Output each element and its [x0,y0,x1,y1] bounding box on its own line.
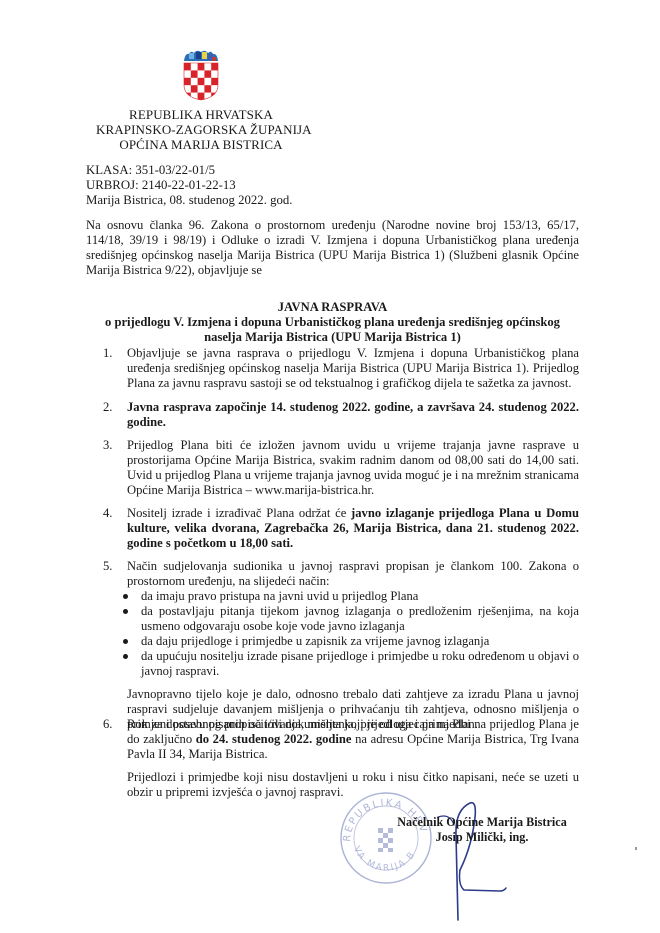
item-text-plain: Nositelj izrade i izrađivač Plana održat… [127,506,351,520]
scan-speck [635,847,637,850]
list-item-3: 3. Prijedlog Plana biti će izložen javno… [86,438,579,498]
signoff-block: Načelnik Općine Marija Bistrica Josip Mi… [392,815,572,845]
list-item-6: 6. Rok za dostavu pisanih očitovanja, mi… [86,717,579,800]
list-item-2: 2. Javna rasprava započinje 14. studenog… [86,400,579,430]
item-number: 1. [103,346,112,361]
issuer-header: REPUBLIKA HRVATSKA KRAPINSKO-ZAGORSKA ŽU… [96,107,306,152]
bullet-icon [123,594,128,599]
bullet-item: da upućuju nositelju izrade pisane prije… [127,649,579,679]
bullet-item: da postavljaju pitanja tijekom javnog iz… [127,604,579,634]
urbroj: URBROJ: 2140-22-01-22-13 [86,178,293,193]
document-meta: KLASA: 351-03/22-01/5 URBROJ: 2140-22-01… [86,163,293,209]
title-subtitle-line-1: o prijedlogu V. Izmjena i dopuna Urbanis… [86,315,579,330]
header-line-municipality: OPĆINA MARIJA BISTRICA [96,137,306,152]
participation-bullets: da imaju pravo pristupa na javni uvid u … [127,589,579,679]
item-number: 2. [103,400,112,415]
croatian-coat-of-arms-icon [182,49,220,101]
signatory-title: Načelnik Općine Marija Bistrica [392,815,572,830]
header-line-county: KRAPINSKO-ZAGORSKA ŽUPANIJA [96,122,306,137]
item-text: Rok za dostavu pisanih očitovanja, mišlj… [127,717,579,762]
list-item-1: 1. Objavljuje se javna rasprava o prijed… [86,346,579,391]
item-text: Prijedlog Plana biti će izložen javnom u… [127,438,579,498]
title-subtitle-line-2: naselja Marija Bistrica (UPU Marija Bist… [86,330,579,345]
document-title: JAVNA RASPRAVA o prijedlogu V. Izmjena i… [86,300,579,345]
svg-text:VA MARIJA B: VA MARIJA B [351,845,418,874]
bullet-item: da daju prijedloge i primjedbe u zapisni… [127,634,579,649]
item-text: Objavljuje se javna rasprava o prijedlog… [127,346,579,391]
item-number: 4. [103,506,112,521]
signatory-name: Josip Milički, ing. [392,830,572,845]
document-page: REPUBLIKA HRVATSKA KRAPINSKO-ZAGORSKA ŽU… [0,0,660,933]
bullet-item: da imaju pravo pristupa na javni uvid u … [127,589,579,604]
place-date: Marija Bistrica, 08. studenog 2022. god. [86,193,293,208]
header-line-republic: REPUBLIKA HRVATSKA [96,107,306,122]
item-number: 5. [103,559,112,574]
item-number: 6. [103,717,112,732]
intro-paragraph: Na osnovu članka 96. Zakona o prostornom… [86,218,579,278]
title-heading: JAVNA RASPRAVA [86,300,579,315]
item-number: 3. [103,438,112,453]
bullet-icon [123,654,128,659]
list-item-5: 5. Način sudjelovanja sudionika u javnoj… [86,559,579,732]
list-item-4: 4. Nositelj izrade i izrađivač Plana odr… [86,506,579,551]
item-text: Nositelj izrade i izrađivač Plana održat… [127,506,579,551]
klasa: KLASA: 351-03/22-01/5 [86,163,293,178]
deadline-bold: do 24. studenog 2022. godine [196,732,352,746]
bullet-icon [123,609,128,614]
item-text: Način sudjelovanja sudionika u javnoj ra… [127,559,579,589]
bullet-icon [123,639,128,644]
item-text-bold: Javna rasprava započinje 14. studenog 20… [127,400,579,430]
